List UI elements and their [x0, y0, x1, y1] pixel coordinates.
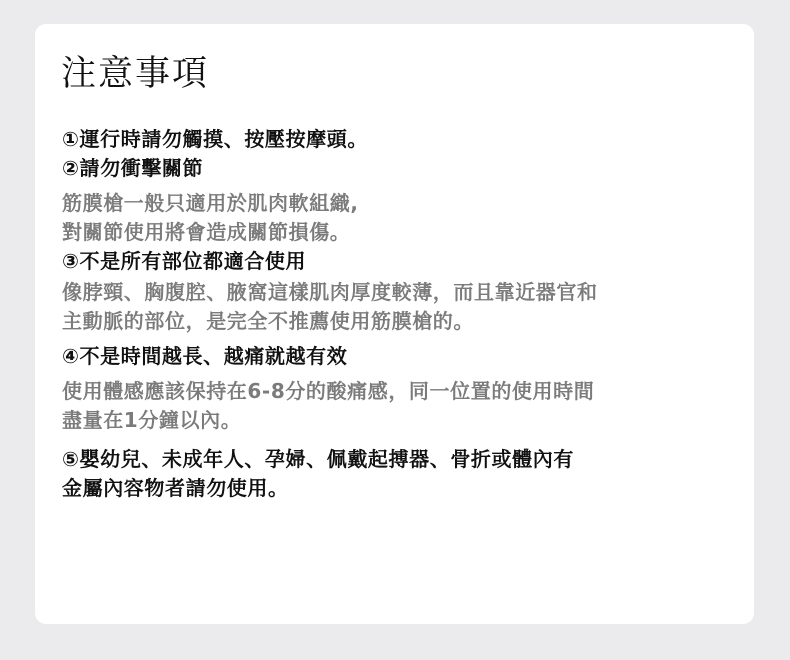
notice-description: 對關節使用將會造成關節損傷。: [62, 218, 742, 247]
notice-item-2: ②請勿衝擊關節 筋膜槍一般只適用於肌肉軟組織, 對關節使用將會造成關節損傷。: [62, 154, 742, 247]
page-title: 注意事項: [61, 54, 209, 94]
notice-item-5: ⑤嬰幼兒、未成年人、孕婦、佩戴起搏器、骨折或體內有 金屬內容物者請勿使用。: [62, 445, 742, 503]
notice-item-3: ③不是所有部位都適合使用 像脖頸、胸腹腔、腋窩這樣肌肉厚度較薄，而且靠近器官和 …: [62, 247, 742, 336]
notice-description: 像脖頸、胸腹腔、腋窩這樣肌肉厚度較薄，而且靠近器官和: [62, 278, 742, 307]
notice-description: 筋膜槍一般只適用於肌肉軟組織,: [62, 189, 742, 218]
notice-description: 盡量在1分鐘以內。: [62, 406, 742, 435]
notice-heading: ②請勿衝擊關節: [62, 154, 742, 183]
notice-description: 使用體感應該保持在6-8分的酸痛感，同一位置的使用時間: [62, 377, 742, 406]
notice-card: 注意事項 ①運行時請勿觸摸、按壓按摩頭。 ②請勿衝擊關節 筋膜槍一般只適用於肌肉…: [35, 24, 754, 624]
notice-heading: ③不是所有部位都適合使用: [62, 247, 742, 276]
notice-description: 主動脈的部位，是完全不推薦使用筋膜槍的。: [62, 307, 742, 336]
notice-item-4: ④不是時間越長、越痛就越有效 使用體感應該保持在6-8分的酸痛感，同一位置的使用…: [62, 342, 742, 435]
notice-heading: ④不是時間越長、越痛就越有效: [62, 342, 742, 371]
notice-list: ①運行時請勿觸摸、按壓按摩頭。 ②請勿衝擊關節 筋膜槍一般只適用於肌肉軟組織, …: [62, 125, 742, 503]
notice-heading: 金屬內容物者請勿使用。: [62, 474, 742, 503]
notice-item-1: ①運行時請勿觸摸、按壓按摩頭。: [62, 125, 742, 154]
notice-heading: ①運行時請勿觸摸、按壓按摩頭。: [62, 125, 742, 154]
notice-heading: ⑤嬰幼兒、未成年人、孕婦、佩戴起搏器、骨折或體內有: [62, 445, 742, 474]
